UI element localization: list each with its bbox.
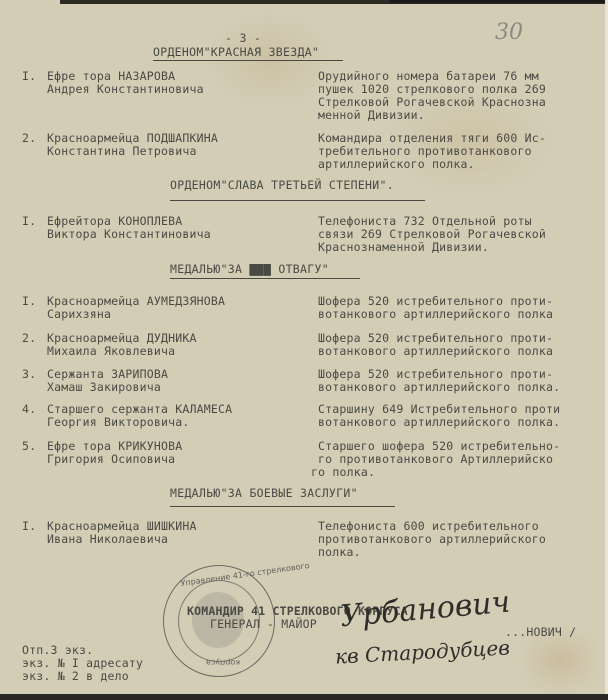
entry-number: 4.	[22, 403, 36, 416]
entry-name-line2: Михаила Яковлевича	[47, 345, 175, 358]
entry-desc-line: артиллерийского полка.	[318, 158, 475, 171]
entry-number: 3.	[22, 368, 36, 381]
entry-desc-line: полка.	[318, 546, 361, 559]
section-heading-red-star: ОРДЕНОМ"КРАСНАЯ ЗВЕЗДА"	[153, 45, 319, 59]
seal-text-top: Управление 41-го стрелкового	[180, 561, 310, 588]
page-number: - 3 -	[225, 31, 261, 45]
entry-name-line2: Константина Петровича	[47, 145, 197, 158]
distribution-line: экз. № 2 в дело	[22, 670, 129, 683]
heading-underline	[170, 278, 360, 279]
entry-name-line2: Виктора Константиновича	[47, 228, 211, 241]
entry-number: I.	[22, 70, 36, 83]
heading-underline	[170, 200, 425, 201]
signatory-name-suffix: ...НОВИЧ /	[505, 626, 576, 639]
entry-name-line2: Ивана Николаевича	[47, 533, 168, 546]
entry-number: I.	[22, 215, 36, 228]
heading-underline	[170, 506, 395, 507]
entry-name-line2: Андрея Константиновича	[47, 83, 204, 96]
handwritten-signature: Урбанович	[339, 585, 512, 635]
entry-desc-line: вотанкового артиллерийского полка	[318, 308, 553, 321]
entry-number: I.	[22, 295, 36, 308]
page-top-edge-dark	[390, 0, 608, 3]
pencil-page-mark: 30	[495, 20, 523, 45]
entry-number: 2.	[22, 332, 36, 345]
entry-name-line2: Григория Осиповича	[47, 453, 175, 466]
entry-desc-line: вотанкового артиллерийского полка	[318, 345, 553, 358]
entry-desc-line: го полка.	[311, 466, 375, 479]
entry-desc-line: вотанкового артиллерийского полка.	[318, 416, 560, 429]
section-heading-glory: ОРДЕНОМ"СЛАВА ТРЕТЬЕЙ СТЕПЕНИ".	[170, 178, 394, 192]
entry-number: 5.	[22, 440, 36, 453]
entry-number: I.	[22, 520, 36, 533]
document-page: - 3 - 30 ОРДЕНОМ"КРАСНАЯ ЗВЕЗДА" I. Ефре…	[0, 0, 608, 700]
entry-name-line2: Георгия Викторовича.	[47, 416, 189, 429]
section-heading-combat-merit: МЕДАЛЬЮ"ЗА БОЕВЫЕ ЗАСЛУГИ"	[170, 486, 358, 500]
page-bottom-edge	[0, 694, 608, 700]
entry-desc-line: менной Дивизии.	[318, 109, 425, 122]
handwritten-note: кв Стародубцев	[334, 635, 510, 668]
entry-desc-line: Краснознаменной Дивизии.	[318, 241, 489, 254]
entry-name-line2: Хамаш Закировича	[47, 381, 161, 394]
heading-underline	[153, 60, 343, 61]
entry-desc-line: вотанкового артиллерийского полка.	[318, 381, 560, 394]
seal-text-bottom: корпуса	[206, 658, 240, 667]
entry-name-line2: Сарихзяна	[47, 308, 111, 321]
signatory-rank: ГЕНЕРАЛ - МАЙОР	[210, 618, 317, 631]
section-heading-courage: МЕДАЛЬЮ"ЗА ▇▇▇ ОТВАГУ"	[170, 262, 329, 276]
entry-number: 2.	[22, 132, 36, 145]
